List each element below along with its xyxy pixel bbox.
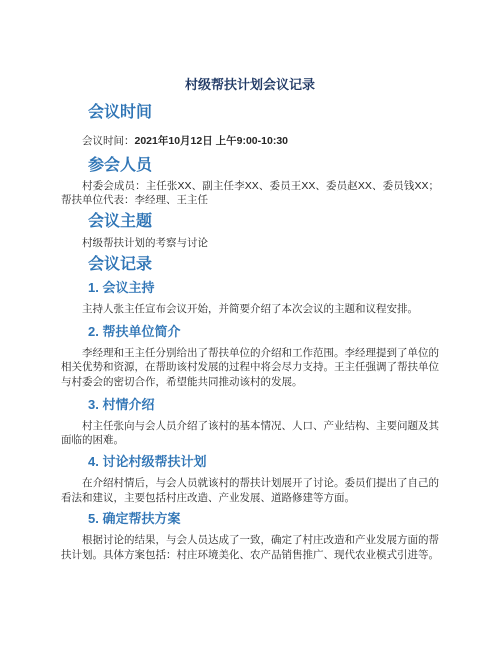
paragraph-village-intro: 村主任张向与会人员介绍了该村的基本情况、人口、产业结构、主要问题及其面临的困难。: [61, 419, 439, 448]
section-heading-minutes: 会议记录: [88, 255, 439, 275]
subsection-heading-host: 1. 会议主持: [88, 280, 439, 296]
paragraph-meeting-time: 会议时间：2021年10月12日 上午9:00-10:30: [61, 134, 439, 149]
section-heading-meeting-time: 会议时间: [88, 103, 439, 123]
paragraph-discussion: 在介绍村情后，与会人员就该村的帮扶计划展开了讨论。委员们提出了自己的看法和建议，…: [61, 476, 439, 505]
section-heading-topic: 会议主题: [88, 212, 439, 232]
meeting-time-value: 2021年10月12日 上午9:00-10:30: [135, 135, 289, 147]
document-title: 村级帮扶计划会议记录: [61, 77, 439, 93]
paragraph-host: 主持人张主任宣布会议开始，并简要介绍了本次会议的主题和议程安排。: [61, 302, 439, 317]
paragraph-unit-intro: 李经理和王主任分别给出了帮扶单位的介绍和工作范围。李经理提到了单位的相关优势和资…: [61, 346, 439, 390]
paragraph-participants: 村委会成员：主任张XX、副主任李XX、委员王XX、委员赵XX、委员钱XX；帮扶单…: [61, 179, 439, 208]
subsection-heading-village-intro: 3. 村情介绍: [88, 397, 439, 413]
section-heading-participants: 参会人员: [88, 156, 439, 176]
meeting-time-label: 会议时间：: [82, 135, 135, 147]
paragraph-plan-decision: 根据讨论的结果，与会人员达成了一致，确定了村庄改造和产业发展方面的帮扶计划。具体…: [61, 533, 439, 562]
paragraph-topic: 村级帮扶计划的考察与讨论: [61, 236, 439, 251]
subsection-heading-plan-decision: 5. 确定帮扶方案: [88, 511, 439, 527]
document-page: 村级帮扶计划会议记录 会议时间 会议时间：2021年10月12日 上午9:00-…: [0, 0, 500, 647]
subsection-heading-discussion: 4. 讨论村级帮扶计划: [88, 454, 439, 470]
subsection-heading-unit-intro: 2. 帮扶单位简介: [88, 324, 439, 340]
